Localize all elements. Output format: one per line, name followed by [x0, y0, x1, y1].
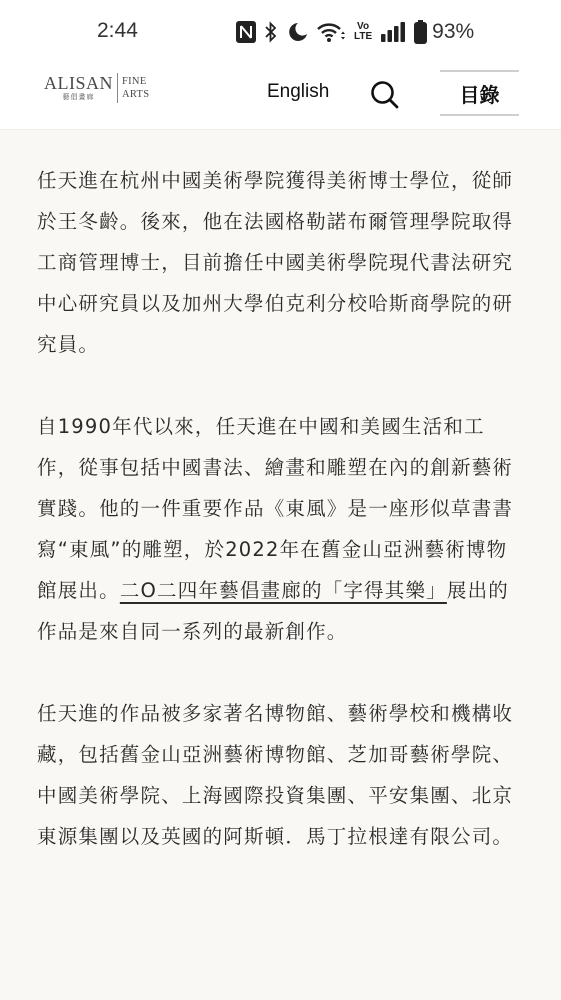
- do-not-disturb-moon-icon: [286, 21, 308, 43]
- logo-sub-text: 藝倡畫廊: [63, 92, 95, 102]
- exhibition-link[interactable]: 二O二四年藝倡畫廊的「字得其樂」: [120, 579, 447, 602]
- alisan-fine-arts-logo[interactable]: ALISAN 藝倡畫廊 FINE ARTS: [44, 73, 149, 103]
- logo-divider: [117, 73, 118, 103]
- site-header: ALISAN 藝倡畫廊 FINE ARTS English 目錄: [0, 60, 561, 130]
- status-time: 2:44: [97, 19, 138, 43]
- paragraph-career: 自1990年代以來，任天進在中國和美國生活和工作，從事包括中國書法、繪畫和雕塑在…: [37, 406, 525, 652]
- nfc-icon: [236, 21, 256, 43]
- logo-fine-text: FINE: [122, 75, 149, 88]
- logo-right: FINE ARTS: [122, 75, 149, 101]
- battery-icon: [414, 20, 427, 44]
- volte-bottom: LTE: [354, 32, 372, 42]
- logo-left: ALISAN 藝倡畫廊: [44, 74, 113, 102]
- status-bar: 2:44 Vo LTE 93%: [0, 0, 561, 60]
- status-icons: Vo LTE 93%: [236, 18, 474, 46]
- paragraph-education: 任天進在杭州中國美術學院獲得美術博士學位，從師於王冬齡。後來，他在法國格勒諾布爾…: [37, 160, 525, 365]
- language-english-link[interactable]: English: [267, 81, 329, 103]
- battery-percent: 93%: [432, 20, 474, 44]
- logo-arts-text: ARTS: [122, 88, 149, 101]
- paragraph-career-text: 自1990年代以來，任天進在中國和美國生活和工作，從事包括中國書法、繪畫和雕塑在…: [37, 415, 513, 602]
- signal-icon: [381, 21, 405, 43]
- paragraph-collections: 任天進的作品被多家著名博物館、藝術學校和機構收藏，包括舊金山亞洲藝術博物館、芝加…: [37, 693, 525, 857]
- volte-icon: Vo LTE: [354, 22, 372, 42]
- search-icon: [370, 80, 400, 110]
- logo-main-text: ALISAN: [44, 74, 113, 92]
- search-button[interactable]: [370, 80, 400, 110]
- article-content: 任天進在杭州中國美術學院獲得美術博士學位，從師於王冬齡。後來，他在法國格勒諾布爾…: [0, 130, 561, 857]
- wifi-icon: [317, 21, 345, 43]
- menu-button[interactable]: 目錄: [440, 70, 519, 116]
- bluetooth-icon: [265, 21, 277, 43]
